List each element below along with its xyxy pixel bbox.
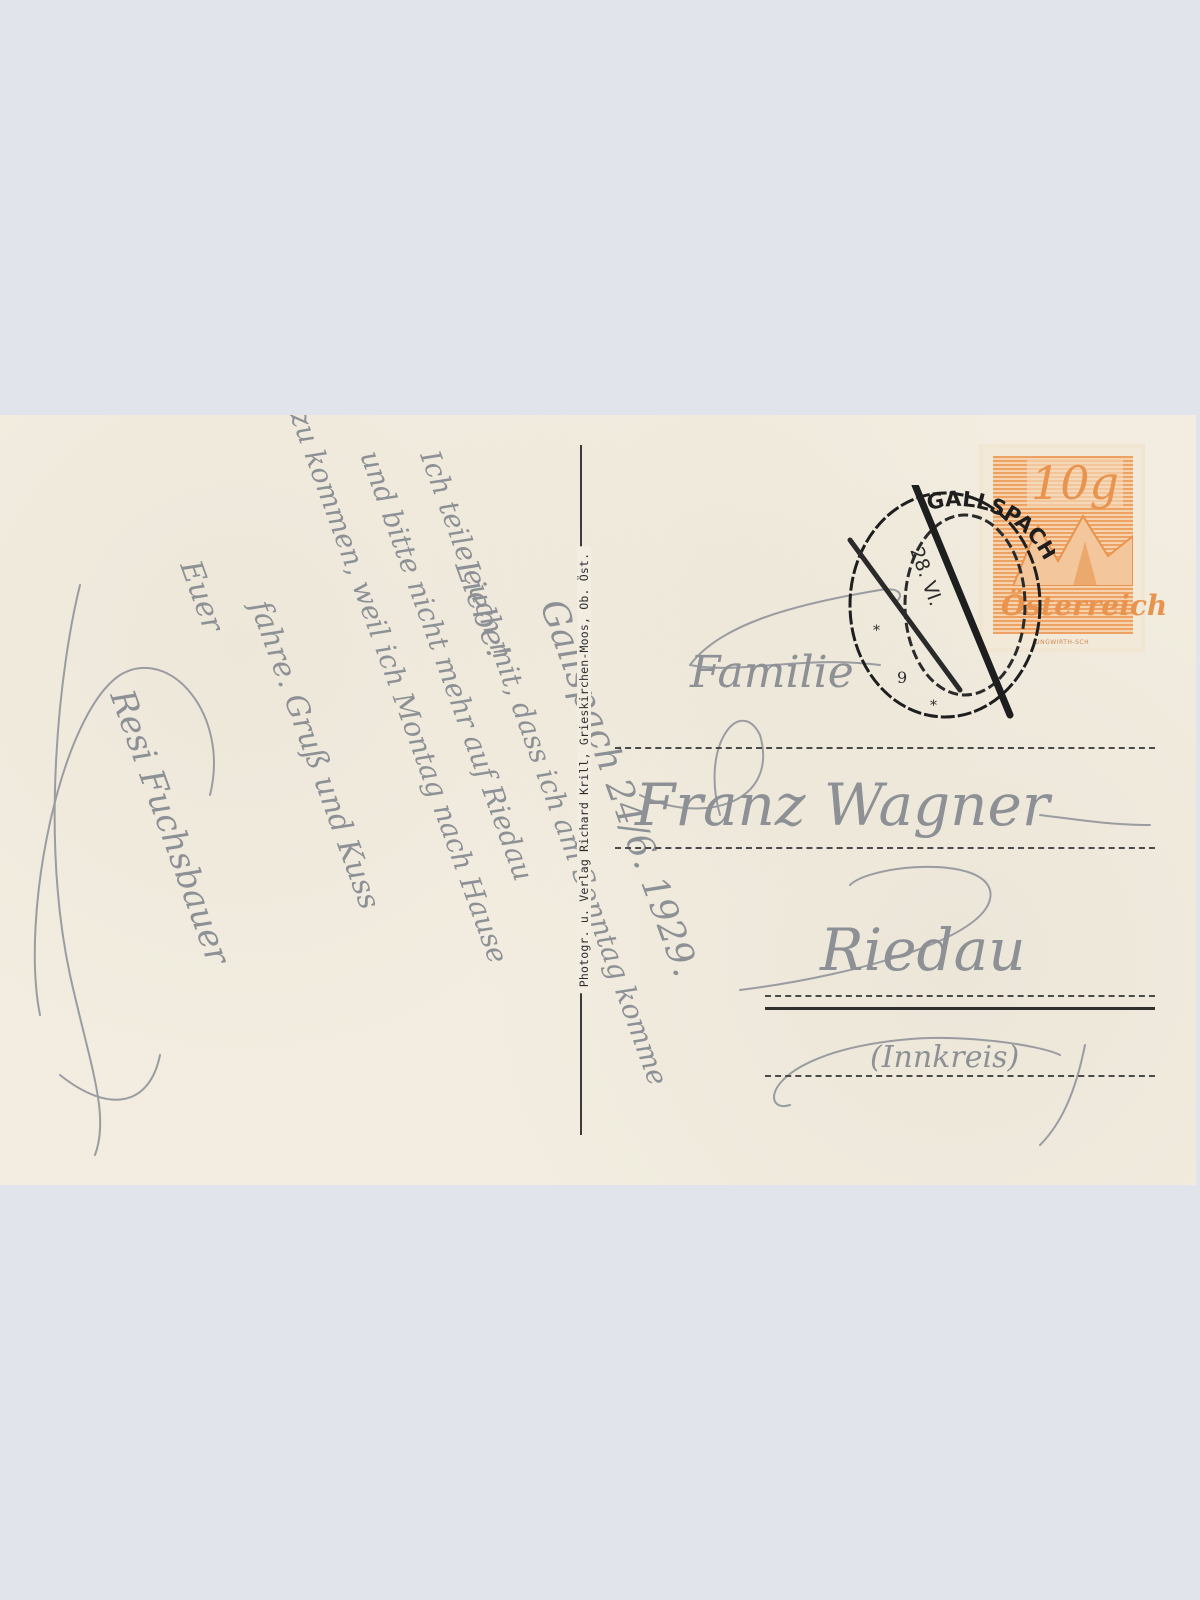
postcard: Familie Franz Wagner Riedau (Innkreis) G… — [0, 415, 1196, 1185]
postage-stamp: 10g Österreich JUNGWIRTH-SCH — [983, 448, 1141, 648]
postmark-star: * — [930, 698, 937, 714]
postmark-star: * — [873, 623, 880, 639]
address-line-name: Franz Wagner — [634, 771, 1053, 839]
address-rule-3 — [765, 995, 1155, 997]
address-rule-2 — [615, 847, 1155, 849]
message-line: und bitte nicht mehr auf Riedau — [353, 446, 540, 885]
address-line-region: (Innkreis) — [870, 1040, 1019, 1075]
stamp-country: Österreich — [1001, 592, 1167, 620]
address-rule-4 — [765, 1075, 1155, 1077]
message-line: Euer — [172, 555, 231, 638]
stamp-designer: JUNGWIRTH-SCH — [1033, 639, 1089, 646]
message-line: fahre. Gruß und Kuss — [242, 594, 387, 914]
postmark-date: 28. VI. — [905, 544, 947, 609]
message-line: zu kommen, weil ich Montag nach Hause — [283, 415, 515, 968]
address-line-family: Familie — [689, 647, 854, 698]
message-signature: Resi Fuchsbauer — [101, 683, 238, 971]
postmark-hour: 9 — [897, 668, 907, 687]
message-place-date: Gallspach 24/6. 1929. — [532, 594, 707, 982]
address-rule-1 — [615, 747, 1155, 749]
address-line-town: Riedau — [819, 916, 1026, 984]
message-line: Ich teile euch mit, dass ich am Sonntag … — [413, 445, 675, 1090]
message-line: Liebe! — [447, 554, 518, 664]
publisher-imprint: Photogr. u. Verlag Richard Krill, Griesk… — [577, 547, 591, 994]
stamp-value: 10g — [1027, 460, 1123, 506]
stamp-frame: 10g Österreich — [993, 456, 1133, 634]
mountain-icon — [1013, 506, 1133, 586]
address-rule-solid — [765, 1007, 1155, 1010]
